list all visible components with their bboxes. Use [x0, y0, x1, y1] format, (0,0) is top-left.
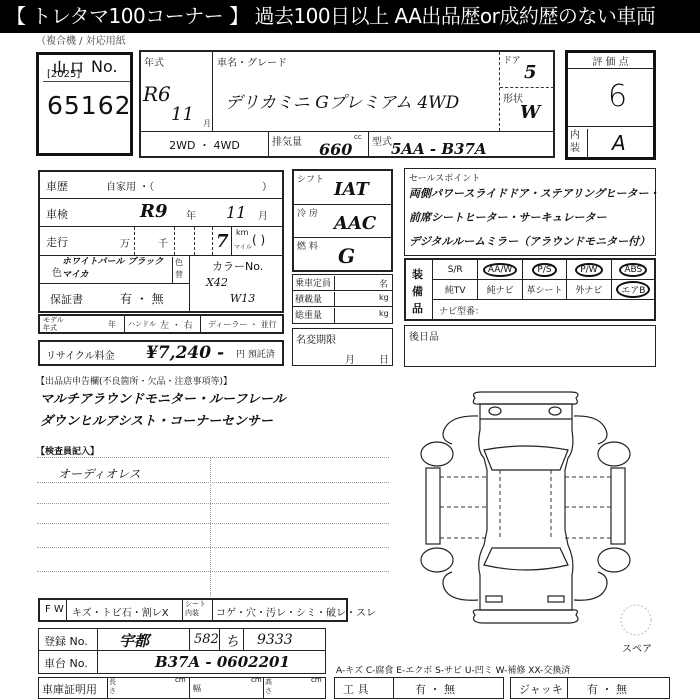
name-change-month: 月 — [345, 351, 355, 366]
chassis-value: B37A - 0602201 — [155, 653, 290, 671]
inspection-year: R9 — [140, 201, 167, 222]
vehicle-header-table: 年式 R6 11 月 車名・グレード デリカミニ Gプレミアム 4WD ドア 5… — [139, 50, 555, 158]
score-value: 6 — [608, 79, 627, 114]
door-label: ドア — [503, 53, 521, 66]
shift-value: IAT — [334, 179, 369, 200]
lot-no-label: No. — [91, 57, 118, 76]
year-model-era: R6 — [143, 82, 171, 106]
capacity-unit-2: kg — [379, 309, 389, 318]
jack-box: ジャッキ 有 ・ 無 — [510, 677, 670, 699]
inspection-month-label: 月 — [258, 207, 268, 222]
mileage-unit-mile: マイル — [234, 242, 252, 251]
equipment-item: S/R — [433, 260, 477, 279]
car-name-value: デリカミニ Gプレミアム 4WD — [225, 88, 459, 113]
cert-label: 車庫証明用 — [42, 681, 97, 697]
seat-value: コゲ・穴・汚レ・シミ・破レ・スレ — [216, 604, 376, 619]
spare-label: スペア — [622, 640, 652, 655]
lot-year: [2025] — [47, 69, 80, 80]
inspector-label: 【検査員記入】 — [36, 444, 99, 457]
car-name-label: 車名・グレード — [217, 54, 287, 69]
equipment-item-label: 純TV — [445, 283, 466, 296]
inspection-month: 11 — [226, 203, 246, 222]
equipment-item-label: P/W — [575, 263, 602, 277]
fuel-value: G — [338, 244, 355, 268]
navi-model-label: ナビ型番： — [439, 304, 484, 317]
aircon-value: AAC — [334, 213, 376, 234]
equipment-item-label: S/R — [448, 265, 463, 275]
capacity-label-0: 乗車定員 — [295, 276, 335, 291]
mileage-value: 7 — [216, 231, 229, 252]
door-value: 5 — [524, 62, 537, 83]
later-items-box: 後日品 — [404, 325, 656, 367]
equipment-item: 純ナビ — [477, 280, 521, 299]
color-no-1: X42 — [206, 276, 228, 289]
cert-unit-1: cm — [175, 676, 186, 684]
score-box: 評 価 点 6 内装 A — [565, 50, 656, 160]
inspection-year-label: 年 — [186, 207, 196, 222]
tools-label: 工 具 — [343, 681, 369, 697]
equipment-item: エアB — [611, 280, 655, 299]
equipment-item-label: 外ナビ — [575, 283, 602, 296]
history-label: 車歴 — [46, 178, 68, 194]
sales-point-line-3: デジタルルームミラー（アラウンドモニター付） — [409, 233, 650, 249]
spare-tire-icon — [621, 605, 651, 635]
model-year-year-label: 年 — [108, 319, 116, 330]
drive-options: 2WD ・ 4WD — [169, 137, 240, 153]
history-value: 自家用 ・（ — [106, 178, 154, 193]
sales-point-label: セールスポイント — [409, 171, 480, 184]
inspector-value: オーディオレス — [58, 465, 141, 482]
cert-length: 長さ — [109, 678, 117, 696]
recycle-unit: 円 預託済 — [236, 347, 275, 360]
equipment-item: ABS — [611, 260, 655, 279]
aircon-label: 冷 房 — [297, 206, 318, 219]
lot-number-box: 山 口 No. [2025] 65162 — [36, 52, 133, 156]
year-model-month: 11 — [171, 104, 194, 125]
mileage-label: 走行 — [46, 234, 68, 250]
handle-label: ハンドル — [128, 319, 156, 329]
equipment-item: 外ナビ — [566, 280, 610, 299]
equipment-item-label: エアB — [616, 281, 650, 298]
chassis-label: 車台 No. — [44, 655, 88, 671]
vehicle-details-table: 車歴 自家用 ・（ ） 車検 R9 年 11 月 走行 万 千 7 km マイル… — [38, 170, 284, 313]
registration-kana: ち — [225, 631, 239, 651]
registration-area: 宇都 — [119, 630, 149, 651]
shift-label: シフト — [297, 172, 324, 185]
model-year-label: モデル年式 — [43, 316, 67, 332]
sales-point-line-2: 前席シートヒーター・サーキュレーター — [409, 209, 607, 225]
cert-width: 幅 — [193, 683, 201, 694]
damage-legend: A-キズ C-腐食 E-エクボ S-サビ U-凹ミ W-補修 XX-交換済 — [336, 663, 570, 676]
equipment-item-label: ABS — [619, 263, 647, 277]
lot-number: 65162 — [47, 91, 132, 120]
equipment-table: 装備品 S/RAA/WP/SP/WABS 純TV純ナビ革シート外ナビエアB ナビ… — [404, 258, 656, 321]
equipment-item-label: 革シート — [526, 283, 562, 296]
name-change-box: 名変期限 月 日 — [292, 328, 393, 366]
cert-height: 高さ — [265, 678, 273, 696]
displacement-value: 660 — [319, 140, 352, 159]
capacity-table: 乗車定員 名 積載量 kg 総重量 kg — [292, 274, 393, 324]
color-no-2: W13 — [230, 292, 255, 305]
color-change-label: 色替 — [172, 257, 186, 284]
registration-table: 登録 No. 宇都 582 ち 9333 車台 No. B37A - 06022… — [38, 628, 326, 674]
dealer-options: ディーラー ・ 並行 — [208, 319, 276, 330]
tools-options: 有 ・ 無 — [415, 681, 455, 697]
equipment-label: 装備品 — [412, 266, 426, 317]
inspection-label: 車検 — [46, 206, 68, 222]
fw-value: キズ・トビ石・割レX — [72, 604, 169, 619]
warranty-options: 有 ・ 無 — [120, 290, 164, 307]
color-value: ホワイトパール ブラックマイカ — [62, 256, 172, 282]
displacement-label: 排気量 — [272, 133, 302, 148]
seller-notes-line-2: ダウンヒルアシスト・コーナーセンサー — [40, 410, 273, 429]
drive-type: 2WD ・ 4WD — [141, 132, 269, 157]
tools-box: 工 具 有 ・ 無 — [334, 677, 504, 699]
equipment-item-label: 純ナビ — [487, 283, 514, 296]
fw-row: F W キズ・トビ石・割レX シート内装 コゲ・穴・汚レ・シミ・破レ・スレ — [38, 598, 348, 622]
later-items-label: 後日品 — [409, 328, 439, 343]
registration-class: 582 — [194, 632, 219, 647]
sales-point-box: セールスポイント 両側パワースライドドア・ステアリングヒーター・ 前席シートヒー… — [404, 168, 656, 256]
name-change-day: 日 — [379, 351, 389, 366]
mileage-man: 万 — [120, 235, 130, 250]
interior-value: A — [612, 131, 626, 155]
score-label: 評 価 点 — [568, 53, 653, 69]
car-damage-diagram — [400, 370, 690, 660]
history-close: ） — [262, 178, 272, 193]
mileage-paren: ( ) — [252, 233, 265, 247]
form-note: （複合機 / 対応用紙 — [36, 32, 126, 47]
year-model-label: 年式 — [144, 54, 164, 69]
mileage-unit-km: km — [236, 228, 248, 237]
cert-unit-2: cm — [251, 676, 262, 684]
equipment-item: 純TV — [433, 280, 477, 299]
jack-label: ジャッキ — [519, 681, 563, 697]
capacity-unit-1: kg — [379, 293, 389, 302]
displacement-unit: cc — [354, 133, 362, 141]
shift-ac-fuel-table: シフト IAT 冷 房 AAC 燃 料 G — [292, 169, 393, 272]
warranty-label: 保証書 — [50, 291, 83, 307]
model-year-row: モデル年式 年 ハンドル 左 ・ 右 ディーラー ・ 並行 — [38, 314, 284, 334]
recycle-label: リサイクル料金 — [46, 347, 115, 362]
model-type-value: 5AA - B37A — [391, 140, 487, 158]
capacity-label-1: 積載量 — [295, 292, 335, 307]
capacity-label-2: 総重量 — [295, 308, 335, 323]
model-type-label: 型式 — [372, 133, 392, 148]
color-label: 色 — [52, 264, 62, 279]
seller-notes-label: 【出品店申告欄(不良箇所・欠品・注意事項等)】 — [36, 374, 232, 387]
recycle-value: ¥7,240 - — [146, 343, 224, 363]
mileage-sen: 千 — [158, 235, 168, 250]
registration-number: 9333 — [257, 632, 293, 648]
jack-options: 有 ・ 無 — [587, 681, 627, 697]
equipment-item-label: AA/W — [483, 263, 518, 277]
recycle-row: リサイクル料金 ¥7,240 - 円 預託済 — [38, 340, 284, 366]
cert-unit-3: cm — [311, 676, 322, 684]
capacity-unit-0: 名 — [379, 277, 388, 290]
equipment-item: AA/W — [477, 260, 521, 279]
sales-point-line-1: 両側パワースライドドア・ステアリングヒーター・ — [409, 185, 659, 201]
name-change-label: 名変期限 — [296, 331, 336, 346]
garage-cert-row: 車庫証明用 長さ cm 幅 cm 高さ cm — [38, 677, 326, 699]
fw-label: F W — [45, 604, 64, 615]
equipment-item: P/S — [522, 260, 566, 279]
banner-title: 【 トレタマ100コーナー 】 過去100日以上 AA出品歴or成約歴のない車両 — [0, 0, 700, 33]
registration-label: 登録 No. — [44, 633, 100, 649]
interior-label: 内装 — [570, 129, 588, 157]
month-label: 月 — [203, 118, 211, 129]
shape-value: W — [520, 102, 540, 123]
equipment-item: P/W — [566, 260, 610, 279]
equipment-item: 革シート — [522, 280, 566, 299]
equipment-item-label: P/S — [532, 263, 556, 277]
seat-label: シート内装 — [185, 600, 209, 618]
seller-notes-line-1: マルチアラウンドモニター・ルーフレール — [40, 388, 286, 407]
color-no-label: カラーNo. — [212, 258, 263, 274]
fuel-label: 燃 料 — [297, 239, 318, 252]
handle-options: 左 ・ 右 — [160, 318, 193, 331]
